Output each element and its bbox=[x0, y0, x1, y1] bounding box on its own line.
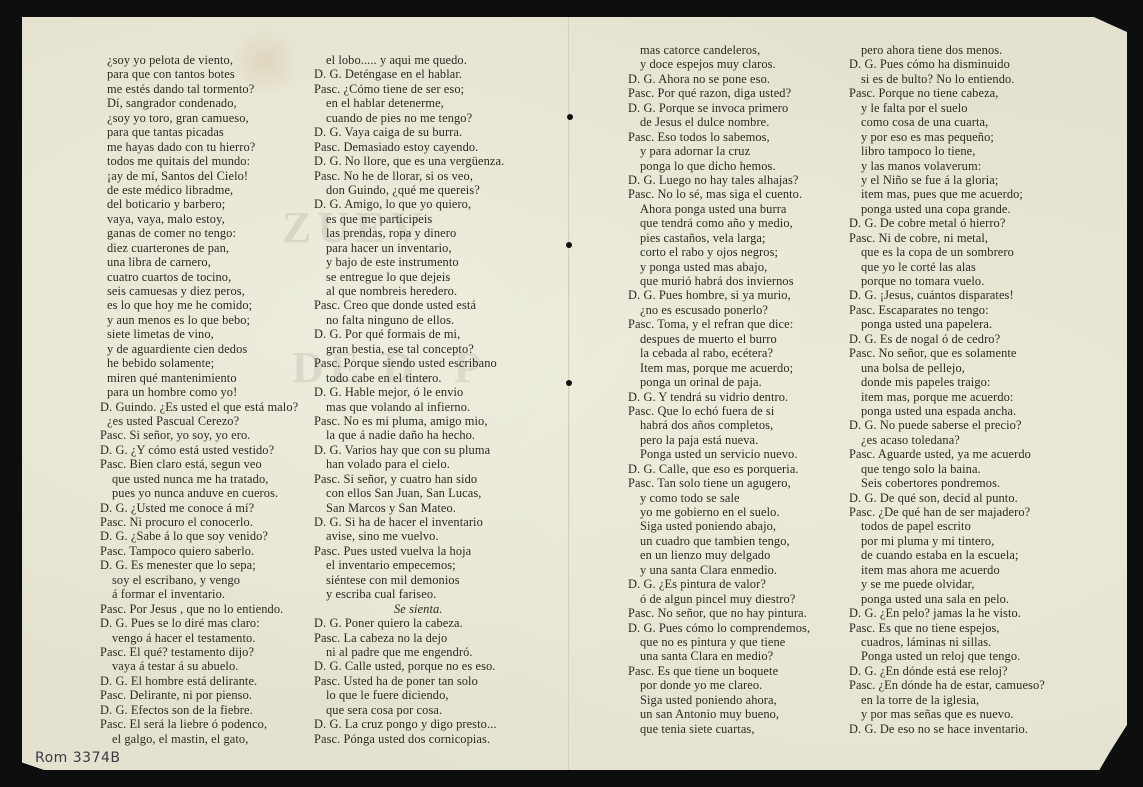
verse-line: Siga usted poniendo abajo, bbox=[628, 519, 810, 533]
verse-line: y de aguardiente cien dedos bbox=[100, 342, 298, 356]
verse-line: Pasc. Por Jesus , que no lo entiendo. bbox=[100, 602, 298, 616]
verse-line: ¿no es escusado ponerlo? bbox=[628, 303, 810, 317]
verse-line: D. G. Es menester que lo sepa; bbox=[100, 558, 298, 572]
verse-line: por donde yo me clareo. bbox=[628, 678, 810, 692]
verse-line: D. G. Si ha de hacer el inventario bbox=[314, 515, 504, 529]
verse-line: me hayas dado con tu hierro? bbox=[100, 140, 298, 154]
verse-line: que murió habrá dos inviernos bbox=[628, 274, 810, 288]
verse-line: siete limetas de vino, bbox=[100, 327, 298, 341]
verse-line: una bolsa de pellejo, bbox=[849, 361, 1045, 375]
verse-line: Ponga usted un servicio nuevo. bbox=[628, 447, 810, 461]
verse-line: Pasc. La cabeza no la dejo bbox=[314, 631, 504, 645]
verse-line: para hacer un inventario, bbox=[314, 241, 504, 255]
verse-line: Pasc. Pónga usted dos cornicopias. bbox=[314, 732, 504, 746]
verse-line: Pasc. Demasiado estoy cayendo. bbox=[314, 140, 504, 154]
verse-line: y aun menos es lo que bebo; bbox=[100, 313, 298, 327]
verse-line: Siga usted poniendo ahora, bbox=[628, 693, 810, 707]
verse-line: Pasc. No es mi pluma, amigo mio, bbox=[314, 414, 504, 428]
verse-line: y las manos volaverum: bbox=[849, 159, 1045, 173]
verse-line: una libra de carnero, bbox=[100, 255, 298, 269]
verse-line: D. G. Por qué formais de mi, bbox=[314, 327, 504, 341]
verse-line: y para adornar la cruz bbox=[628, 144, 810, 158]
verse-line: del boticario y barbero; bbox=[100, 197, 298, 211]
verse-line: D. G. Pues cómo lo comprendemos, bbox=[628, 621, 810, 635]
binding-hole bbox=[566, 242, 572, 248]
binding-hole bbox=[566, 380, 572, 386]
verse-line: soy el escribano, y vengo bbox=[100, 573, 298, 587]
verse-line: porque no tomara vuelo. bbox=[849, 274, 1045, 288]
verse-line: ó de algun pincel muy diestro? bbox=[628, 592, 810, 606]
verse-line: item mas, porque me acuerdo: bbox=[849, 390, 1045, 404]
verse-line: y por eso es mas pequeño; bbox=[849, 130, 1045, 144]
verse-line: y el Niño se fue á la gloria; bbox=[849, 173, 1045, 187]
verse-line: D. G. Porque se invoca primero bbox=[628, 101, 810, 115]
center-fold bbox=[568, 17, 570, 770]
verse-line: Pasc. Ni procuro el conocerlo. bbox=[100, 515, 298, 529]
verse-line: de Jesus el dulce nombre. bbox=[628, 115, 810, 129]
verse-line: D. G. No llore, que es una vergüenza. bbox=[314, 154, 504, 168]
verse-line: Pasc. El será la liebre ó podenco, bbox=[100, 717, 298, 731]
verse-line: D. G. Vaya caiga de su burra. bbox=[314, 125, 504, 139]
left-page-column-1: ¿soy yo pelota de viento,para que con ta… bbox=[100, 53, 298, 746]
verse-line: el galgo, el mastin, el gato, bbox=[100, 732, 298, 746]
verse-line: Pasc. Creo que donde usted está bbox=[314, 298, 504, 312]
verse-line: D. G. No puede saberse el precio? bbox=[849, 418, 1045, 432]
verse-line: que es la copa de un sombrero bbox=[849, 245, 1045, 259]
verse-line: D. G. Ahora no se pone eso. bbox=[628, 72, 810, 86]
verse-line: y bajo de este instrumento bbox=[314, 255, 504, 269]
verse-line: ponga un orinal de paja. bbox=[628, 375, 810, 389]
verse-line: para que con tantos botes bbox=[100, 67, 298, 81]
verse-line: Pasc. No señor, que no hay pintura. bbox=[628, 606, 810, 620]
verse-line: de este médico libradme, bbox=[100, 183, 298, 197]
verse-line: D. G. Pues se lo diré mas claro: bbox=[100, 616, 298, 630]
verse-line: item mas ahora me acuerdo bbox=[849, 563, 1045, 577]
verse-line: Pasc. Tan solo tiene un agugero, bbox=[628, 476, 810, 490]
verse-line: ponga usted una copa grande. bbox=[849, 202, 1045, 216]
verse-line: mas que volando al infierno. bbox=[314, 400, 504, 414]
verse-line: Item mas, porque me acuerdo; bbox=[628, 361, 810, 375]
verse-line: una santa Clara en medio? bbox=[628, 649, 810, 663]
verse-line: Ponga usted un reloj que tengo. bbox=[849, 649, 1045, 663]
verse-line: D. G. Poner quiero la cabeza. bbox=[314, 616, 504, 630]
verse-line: D. Guindo. ¿Es usted el que está malo? bbox=[100, 400, 298, 414]
verse-line: D. G. ¿Sabe á lo que soy venido? bbox=[100, 529, 298, 543]
verse-line: Pasc. No lo sé, mas siga el cuento. bbox=[628, 187, 810, 201]
verse-line: D. G. El hombre está delirante. bbox=[100, 674, 298, 688]
verse-line: Pasc. Eso todos lo sabemos, bbox=[628, 130, 810, 144]
catalog-stamp: Rom 3374B bbox=[35, 750, 121, 766]
verse-line: todo cabe en el tintero. bbox=[314, 371, 504, 385]
verse-line: Pasc. Que lo echó fuera de si bbox=[628, 404, 810, 418]
verse-line: D. G. ¿En pelo? jamas la he visto. bbox=[849, 606, 1045, 620]
verse-line: un san Antonio muy bueno, bbox=[628, 707, 810, 721]
verse-line: Pasc. Por qué razon, diga usted? bbox=[628, 86, 810, 100]
verse-line: Pasc. Delirante, ni por pienso. bbox=[100, 688, 298, 702]
verse-line: yo me gobierno en el suelo. bbox=[628, 505, 810, 519]
verse-line: D. G. De qué son, decid al punto. bbox=[849, 491, 1045, 505]
verse-line: Pasc. Si señor, y cuatro han sido bbox=[314, 472, 504, 486]
verse-line: si es de bulto? No lo entiendo. bbox=[849, 72, 1045, 86]
verse-line: D. G. Es de nogal ó de cedro? bbox=[849, 332, 1045, 346]
verse-line: pero la paja está nueva. bbox=[628, 433, 810, 447]
verse-line: para que tantas picadas bbox=[100, 125, 298, 139]
verse-line: D. G. De cobre metal ó hierro? bbox=[849, 216, 1045, 230]
verse-line: he bebido solamente; bbox=[100, 356, 298, 370]
verse-line: Pasc. Toma, y el refran que dice: bbox=[628, 317, 810, 331]
verse-line: Pasc. Si señor, yo soy, yo ero. bbox=[100, 428, 298, 442]
verse-line: es que me participeis bbox=[314, 212, 504, 226]
verse-line: ponga usted una sala en pelo. bbox=[849, 592, 1045, 606]
verse-line: que tendrá como año y medio, bbox=[628, 216, 810, 230]
verse-line: Pasc. Tampoco quiero saberlo. bbox=[100, 544, 298, 558]
verse-line: no falta ninguno de ellos. bbox=[314, 313, 504, 327]
verse-line: D. G. Luego no hay tales alhajas? bbox=[628, 173, 810, 187]
verse-line: cuatro cuartos de tocino, bbox=[100, 270, 298, 284]
verse-line: D. G. Calle usted, porque no es eso. bbox=[314, 659, 504, 673]
verse-line: y doce espejos muy claros. bbox=[628, 57, 810, 71]
verse-line: y le falta por el suelo bbox=[849, 101, 1045, 115]
verse-line: D. G. Efectos son de la fiebre. bbox=[100, 703, 298, 717]
verse-line: para un hombre como yo! bbox=[100, 385, 298, 399]
verse-line: que usted nunca me ha tratado, bbox=[100, 472, 298, 486]
verse-line: ponga usted una papelera. bbox=[849, 317, 1045, 331]
verse-line: ¿es usted Pascual Cerezo? bbox=[100, 414, 298, 428]
verse-line: la cebada al rabo, ecétera? bbox=[628, 346, 810, 360]
verse-line: ¿soy yo toro, gran camueso, bbox=[100, 111, 298, 125]
verse-line: Ahora ponga usted una burra bbox=[628, 202, 810, 216]
verse-line: D. G. Y tendrá su vidrio dentro. bbox=[628, 390, 810, 404]
left-page-column-2: el lobo..... y aqui me quedo.D. G. Detén… bbox=[314, 53, 504, 746]
verse-line: el lobo..... y aqui me quedo. bbox=[314, 53, 504, 67]
verse-line: D. G. La cruz pongo y digo presto... bbox=[314, 717, 504, 731]
verse-line: vaya á testar á su abuelo. bbox=[100, 659, 298, 673]
verse-line: y se me puede olvidar, bbox=[849, 577, 1045, 591]
verse-line: D. G. Hable mejor, ó le envio bbox=[314, 385, 504, 399]
verse-line: todos me quitais del mundo: bbox=[100, 154, 298, 168]
verse-line: la que á nadie daño ha hecho. bbox=[314, 428, 504, 442]
verse-line: pues yo nunca anduve en cueros. bbox=[100, 486, 298, 500]
verse-line: á formar el inventario. bbox=[100, 587, 298, 601]
verse-line: por mi pluma y mi tintero, bbox=[849, 534, 1045, 548]
verse-line: Pasc. Es que tiene un boquete bbox=[628, 664, 810, 678]
verse-line: Pasc. Usted ha de poner tan solo bbox=[314, 674, 504, 688]
verse-line: el inventario empecemos; bbox=[314, 558, 504, 572]
verse-line: libro tampoco lo tiene, bbox=[849, 144, 1045, 158]
verse-line: Pasc. Pues usted vuelva la hoja bbox=[314, 544, 504, 558]
verse-line: las prendas, ropa y dinero bbox=[314, 226, 504, 240]
verse-line: Pasc. Escaparates no tengo: bbox=[849, 303, 1045, 317]
verse-line: Pasc. Ni de cobre, ni metal, bbox=[849, 231, 1045, 245]
verse-line: y como todo se sale bbox=[628, 491, 810, 505]
verse-line: diez cuarterones de pan, bbox=[100, 241, 298, 255]
verse-line: vengo á hacer el testamento. bbox=[100, 631, 298, 645]
verse-line: que yo le corté las alas bbox=[849, 260, 1045, 274]
verse-line: se entregue lo que dejeis bbox=[314, 270, 504, 284]
verse-line: que sera cosa por cosa. bbox=[314, 703, 504, 717]
right-page-column-2: pero ahora tiene dos menos.D. G. Pues có… bbox=[849, 43, 1045, 736]
verse-line: lo que le fuere diciendo, bbox=[314, 688, 504, 702]
verse-line: que tengo solo la baina. bbox=[849, 462, 1045, 476]
verse-line: Pasc. No señor, que es solamente bbox=[849, 346, 1045, 360]
verse-line: Pasc. Aguarde usted, ya me acuerdo bbox=[849, 447, 1045, 461]
verse-line: ¿soy yo pelota de viento, bbox=[100, 53, 298, 67]
verse-line: han volado para el cielo. bbox=[314, 457, 504, 471]
verse-line: ni al padre que me engendró. bbox=[314, 645, 504, 659]
verse-line: Pasc. Bien claro está, segun veo bbox=[100, 457, 298, 471]
verse-line: donde mis papeles traigo: bbox=[849, 375, 1045, 389]
verse-line: D. G. Pues hombre, si ya murio, bbox=[628, 288, 810, 302]
verse-line: despues de muerto el burro bbox=[628, 332, 810, 346]
verse-line: Pasc. Es que no tiene espejos, bbox=[849, 621, 1045, 635]
verse-line: D. G. ¡Jesus, cuántos disparates! bbox=[849, 288, 1045, 302]
verse-line: Seis cobertores pondremos. bbox=[849, 476, 1045, 490]
verse-line: Pasc. El qué? testamento dijo? bbox=[100, 645, 298, 659]
verse-line: seis camuesas y diez peros, bbox=[100, 284, 298, 298]
verse-line: mas catorce candeleros, bbox=[628, 43, 810, 57]
verse-line: siéntese con mil demonios bbox=[314, 573, 504, 587]
verse-line: como cosa de una cuarta, bbox=[849, 115, 1045, 129]
verse-line: ponga lo que dicho hemos. bbox=[628, 159, 810, 173]
verse-line: D. G. Deténgase en el hablar. bbox=[314, 67, 504, 81]
verse-line: habrá dos años completos, bbox=[628, 418, 810, 432]
verse-line: y escriba cual fariseo. bbox=[314, 587, 504, 601]
verse-line: que tenia siete cuartas, bbox=[628, 722, 810, 736]
verse-line: en un lienzo muy delgado bbox=[628, 548, 810, 562]
right-page-column-1: mas catorce candeleros,y doce espejos mu… bbox=[628, 43, 810, 736]
verse-line: con ellos San Juan, San Lucas, bbox=[314, 486, 504, 500]
verse-line: y ponga usted mas abajo, bbox=[628, 260, 810, 274]
verse-line: D. G. ¿En dónde está ese reloj? bbox=[849, 664, 1045, 678]
verse-line: pies castaños, vela larga; bbox=[628, 231, 810, 245]
verse-line: San Marcos y San Mateo. bbox=[314, 501, 504, 515]
verse-line: y por mas señas que es nuevo. bbox=[849, 707, 1045, 721]
verse-line: D. G. ¿Y cómo está usted vestido? bbox=[100, 443, 298, 457]
verse-line: cuando de pies no me tengo? bbox=[314, 111, 504, 125]
verse-line: y una santa Clara enmedio. bbox=[628, 563, 810, 577]
verse-line: me estés dando tal tormento? bbox=[100, 82, 298, 96]
verse-line: un cuadro que tambien tengo, bbox=[628, 534, 810, 548]
verse-line: todos de papel escrito bbox=[849, 519, 1045, 533]
verse-line: Pasc. Porque siendo usted escribano bbox=[314, 356, 504, 370]
verse-line: en el hablar detenerme, bbox=[314, 96, 504, 110]
verse-line: D. G. ¿Es pintura de valor? bbox=[628, 577, 810, 591]
verse-line: D. G. ¿Usted me conoce á mí? bbox=[100, 501, 298, 515]
verse-line: vaya, vaya, malo estoy, bbox=[100, 212, 298, 226]
verse-line: en la torre de la iglesia, bbox=[849, 693, 1045, 707]
verse-line: de cuando estaba en la escuela; bbox=[849, 548, 1045, 562]
verse-line: corto el rabo y ojos negros; bbox=[628, 245, 810, 259]
verse-line: cuadros, láminas ni sillas. bbox=[849, 635, 1045, 649]
verse-line: D. G. De eso no se hace inventario. bbox=[849, 722, 1045, 736]
verse-line: D. G. Varios hay que con su pluma bbox=[314, 443, 504, 457]
verse-line: don Guindo, ¿qué me quereis? bbox=[314, 183, 504, 197]
verse-line: ¡ay de mí, Santos del Cielo! bbox=[100, 169, 298, 183]
verse-line: que no es pintura y que tiene bbox=[628, 635, 810, 649]
verse-line: ¿es acaso toledana? bbox=[849, 433, 1045, 447]
verse-line: es lo que hoy me he comido; bbox=[100, 298, 298, 312]
binding-hole bbox=[567, 114, 573, 120]
verse-line: D. G. Calle, que eso es porqueria. bbox=[628, 462, 810, 476]
verse-line: Pasc. Porque no tiene cabeza, bbox=[849, 86, 1045, 100]
verse-line: al que nombreis heredero. bbox=[314, 284, 504, 298]
verse-line: ponga usted una espada ancha. bbox=[849, 404, 1045, 418]
verse-line: Pasc. ¿En dónde ha de estar, camueso? bbox=[849, 678, 1045, 692]
verse-line: pero ahora tiene dos menos. bbox=[849, 43, 1045, 57]
verse-line: ganas de comer no tengo: bbox=[100, 226, 298, 240]
verse-line: avise, sino me vuelvo. bbox=[314, 529, 504, 543]
verse-line: gran bestia, ese tal concepto? bbox=[314, 342, 504, 356]
verse-line: D. G. Amigo, lo que yo quiero, bbox=[314, 197, 504, 211]
verse-line: D. G. Pues cómo ha disminuido bbox=[849, 57, 1045, 71]
verse-line: Pasc. ¿De qué han de ser majadero? bbox=[849, 505, 1045, 519]
verse-line: item mas, pues que me acuerdo; bbox=[849, 187, 1045, 201]
document-sheet: ZUEV DE D. P ¿soy yo pelota de viento,pa… bbox=[22, 17, 1127, 770]
stage-direction: Se sienta. bbox=[314, 602, 504, 616]
verse-line: Dí, sangrador condenado, bbox=[100, 96, 298, 110]
verse-line: Pasc. No he de llorar, si os veo, bbox=[314, 169, 504, 183]
verse-line: Pasc. ¿Cómo tiene de ser eso; bbox=[314, 82, 504, 96]
verse-line: miren qué mantenimiento bbox=[100, 371, 298, 385]
